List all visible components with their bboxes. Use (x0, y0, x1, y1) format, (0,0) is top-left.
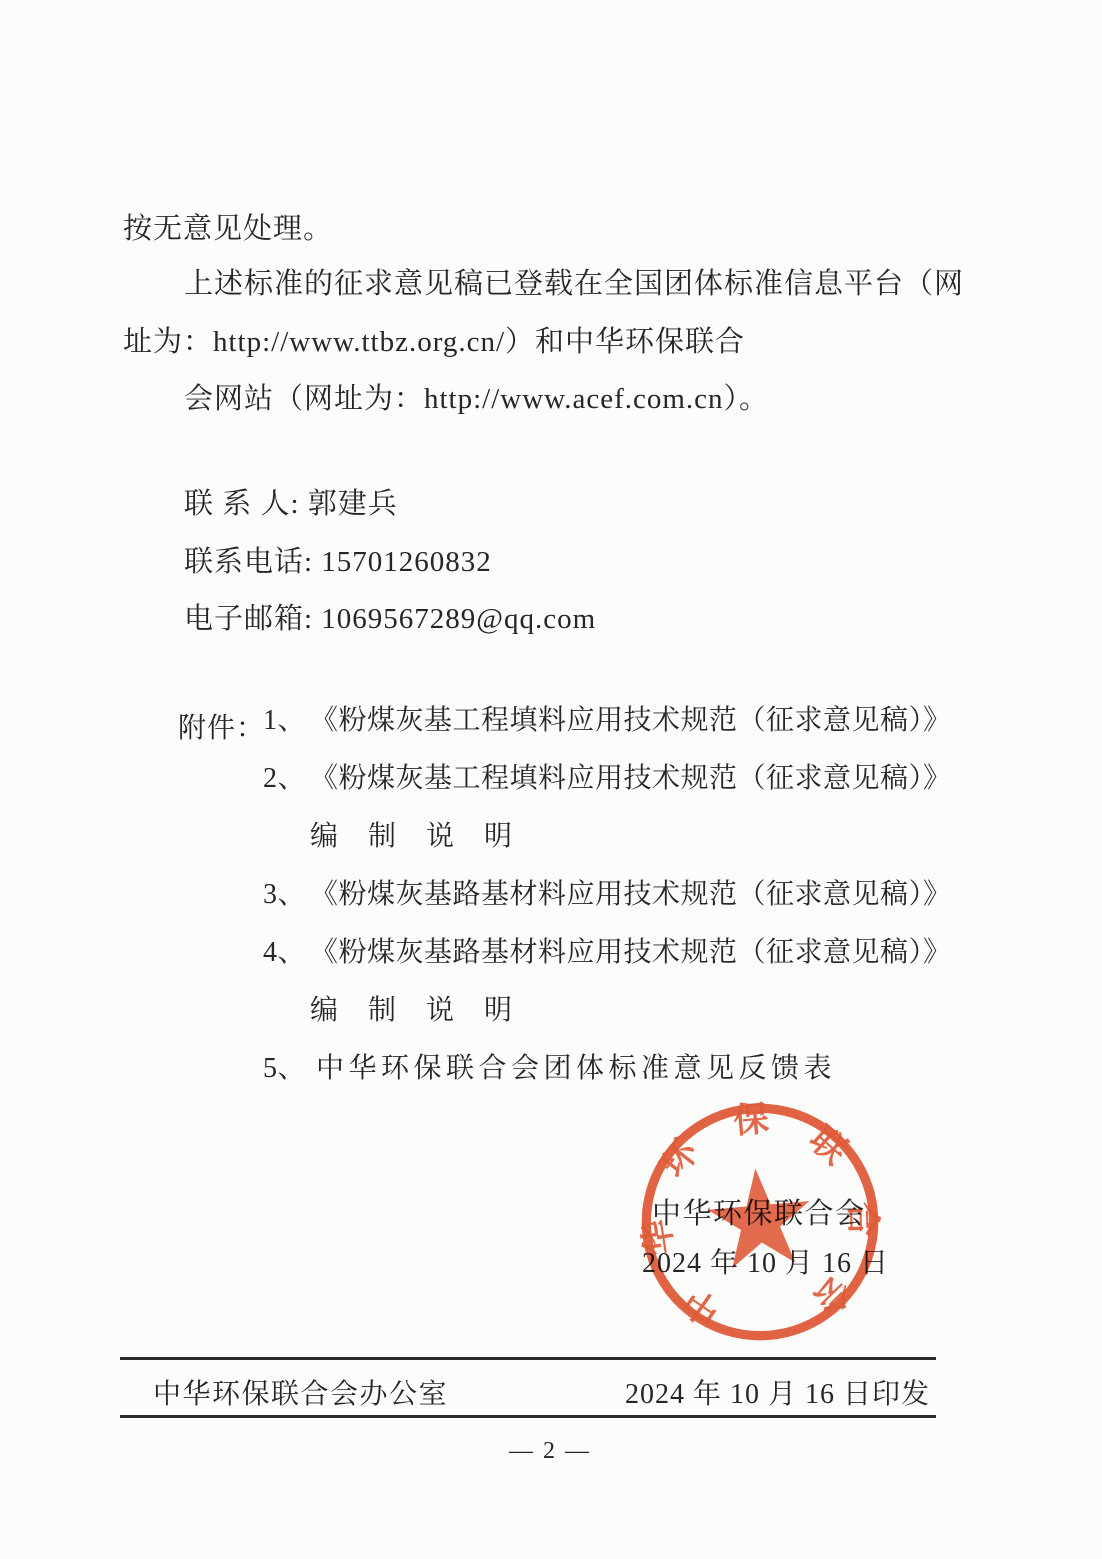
attachment-number: 3、 (263, 880, 310, 911)
attachment-item-1: 1、 《粉煤灰基工程填料应用技术规范（征求意见稿）》 (263, 706, 952, 737)
seal-star-icon (704, 1164, 814, 1270)
contact-phone-line: 联系电话: 15701260832 (184, 547, 492, 579)
attachment-title: 《粉煤灰基工程填料应用技术规范（征求意见稿）》 (310, 764, 952, 795)
attachment-number: 1、 (263, 706, 310, 737)
attachment-title: 编制说明 (310, 822, 542, 853)
attachment-number: 2、 (263, 764, 310, 795)
attachment-item-5: 5、 中华环保联合会团体标准意见反馈表 (263, 1054, 836, 1085)
attachment-title: 《粉煤灰基工程填料应用技术规范（征求意见稿）》 (310, 706, 952, 737)
contact-email-line: 电子邮箱: 1069567289@qq.com (184, 604, 596, 636)
svg-text:华: 华 (637, 1217, 681, 1258)
seal-arc-char: 华 (637, 1217, 681, 1258)
attachment-item-4-subtitle: 编制说明 (263, 996, 542, 1027)
footer-divider-bottom (120, 1415, 936, 1418)
attachment-number: 5、 (263, 1054, 310, 1085)
seal-arc-char: 保 (732, 1099, 770, 1141)
attachment-number: 4、 (263, 938, 310, 969)
paragraph-line-2: 址为：http://www.ttbz.org.cn/）和中华环保联合 (123, 327, 745, 359)
svg-text:保: 保 (732, 1099, 770, 1141)
seal-arc-char: 合 (840, 1199, 884, 1240)
attachment-number (263, 996, 310, 1027)
attachment-item-3: 3、 《粉煤灰基路基材料应用技术规范（征求意见稿）》 (263, 880, 952, 911)
footer-office: 中华环保联合会办公室 (153, 1372, 448, 1412)
paragraph-line-1: 上述标准的征求意见稿已登载在全国团体标准信息平台（网 (184, 269, 964, 301)
attachment-number (263, 822, 310, 853)
attachment-item-4: 4、 《粉煤灰基路基材料应用技术规范（征求意见稿）》 (263, 938, 952, 969)
official-seal-icon: 中 华 环 保 联 合 会 (626, 1088, 895, 1357)
attachment-title: 编制说明 (310, 996, 542, 1027)
svg-text:合: 合 (840, 1199, 884, 1240)
attachment-item-2: 2、 《粉煤灰基工程填料应用技术规范（征求意见稿）》 (263, 764, 952, 795)
attachment-title: 《粉煤灰基路基材料应用技术规范（征求意见稿）》 (310, 880, 952, 911)
paragraph-line-3: 会网站（网址为：http://www.acef.com.cn）。 (184, 384, 769, 416)
attachment-item-2-subtitle: 编制说明 (263, 822, 542, 853)
attachment-title: 《粉煤灰基路基材料应用技术规范（征求意见稿）》 (310, 938, 952, 969)
carryover-line: 按无意见处理。 (123, 214, 333, 246)
seal-arc-char: 会 (804, 1267, 860, 1324)
seal-arc-char: 联 (800, 1117, 857, 1174)
page-number: — 2 — (495, 1438, 605, 1465)
contact-person-line: 联 系 人: 郭建兵 (184, 489, 398, 521)
attachments-label: 附件： (178, 706, 265, 746)
footer-print-date: 2024 年 10 月 16 日印发 (625, 1372, 930, 1412)
footer-divider-top (120, 1357, 936, 1360)
document-page: 按无意见处理。 上述标准的征求意见稿已登载在全国团体标准信息平台（网 址为：ht… (0, 0, 1102, 1559)
svg-text:联: 联 (800, 1117, 857, 1174)
svg-text:会: 会 (804, 1267, 860, 1324)
attachment-title: 中华环保联合会团体标准意见反馈表 (310, 1054, 836, 1085)
